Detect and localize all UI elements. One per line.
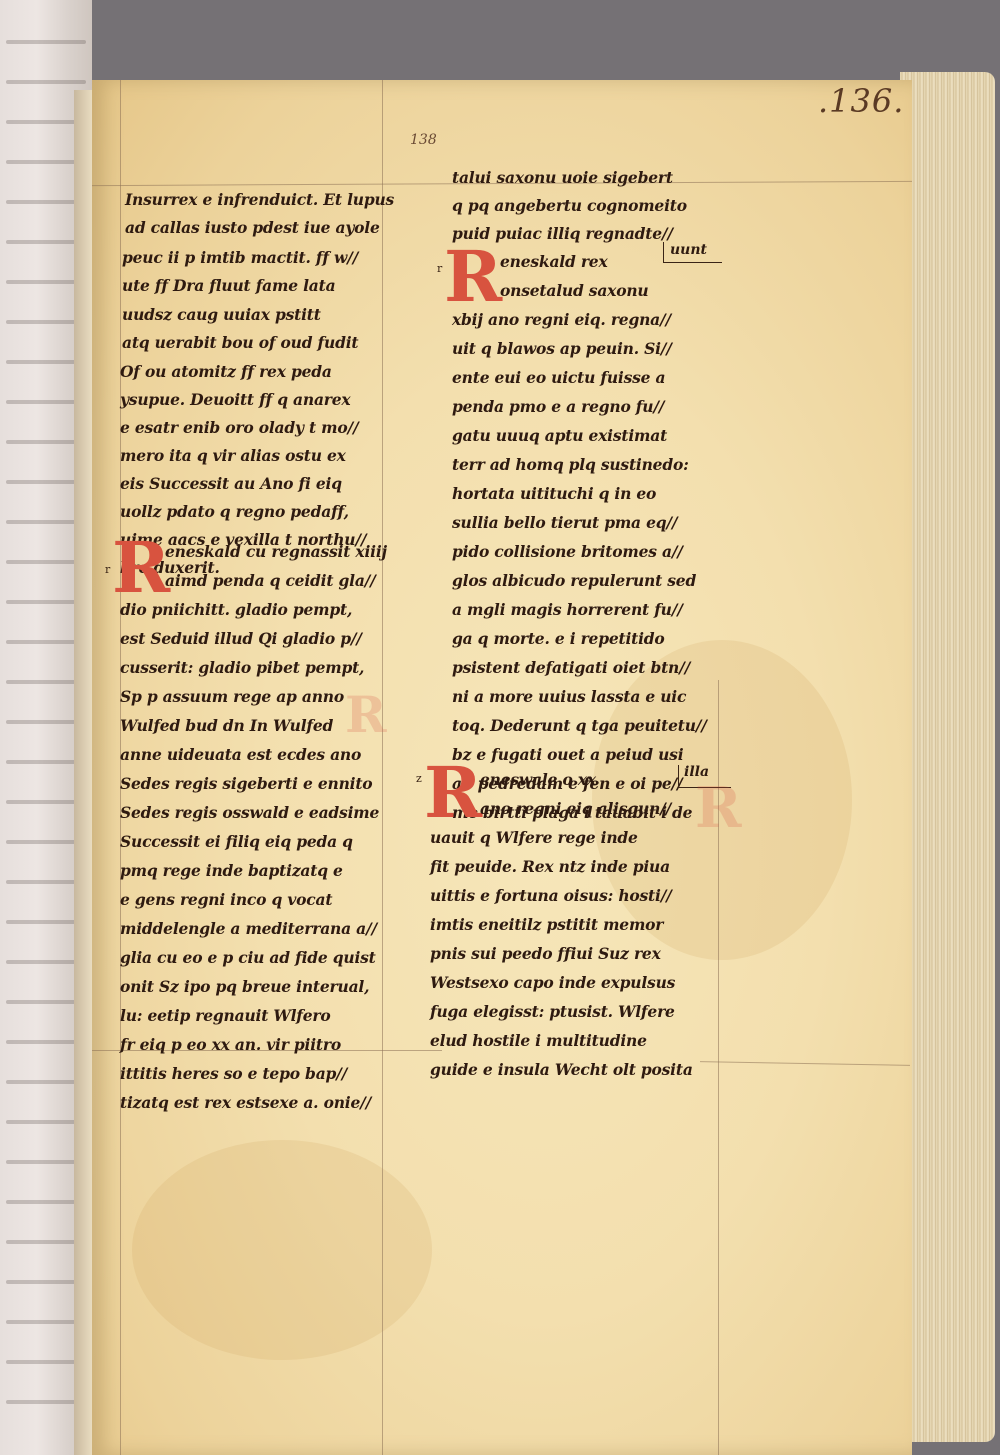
text-line: Successit ei filiq eiq peda q	[120, 832, 353, 851]
text-line: glia cu eo e p ciu ad fide quist	[120, 948, 376, 967]
text-line: sullia bello tierut pma eq//	[452, 513, 677, 532]
offset-initial-ghost: R	[345, 690, 387, 740]
text-line: ni a more uuius lassta e uic	[452, 687, 686, 706]
text-line: aimd penda q ceidit gla//	[165, 571, 376, 590]
text-line: ente eui eo uictu fuisse a	[452, 368, 665, 387]
text-line: uollz pdato q regno pedaff,	[120, 502, 349, 521]
folio-number: .136.	[818, 82, 904, 120]
bracket-note: uunt	[670, 242, 707, 258]
text-line: atq uerabit bou of oud fudit	[122, 333, 358, 352]
text-line: ad callas iusto pdest iue ayole	[125, 218, 380, 237]
text-line: Insurrex e infrenduict. Et lupus	[125, 190, 394, 209]
text-line: dio pniichitt. gladio pempt,	[120, 600, 352, 619]
text-line: cusserit: gladio pibet pempt,	[120, 658, 364, 677]
text-line: est Seduid illud Qi gladio p//	[120, 629, 362, 648]
offset-initial-ghost: R	[695, 780, 742, 836]
text-line: middelengle a mediterrana a//	[120, 919, 377, 938]
text-line: e esatr enib oro olady t mo//	[120, 418, 358, 437]
text-line: toq. Dederunt q tga peuitetu//	[452, 716, 707, 735]
gutter	[74, 90, 92, 1455]
text-line: talui saxonu uoie sigebert	[452, 168, 673, 187]
text-line: onsetalud saxonu	[500, 281, 648, 300]
text-line: psistent defatigati oiet btn//	[452, 658, 690, 677]
text-line: Sedes regis sigeberti e ennito	[120, 774, 372, 793]
text-line: glos albicudo repulerunt sed	[452, 571, 696, 590]
text-line: q pq angebertu cognomeito	[452, 196, 687, 215]
text-line: bz e fugati ouet a peiud usi	[452, 745, 683, 764]
rubricated-initial: R	[424, 758, 482, 828]
text-line: pmq rege inde baptizatq e	[120, 861, 343, 880]
ghost-text-line	[6, 40, 86, 44]
text-line: lu: eetip regnauit Wlfero	[120, 1006, 331, 1025]
text-line: elud hostile i multitudine	[430, 1031, 647, 1050]
text-line: fit peuide. Rex ntz inde piua	[430, 857, 670, 876]
text-line: Wulfed bud dn In Wulfed	[120, 716, 333, 735]
text-line: pnis sui peedo ffiui Suz rex	[430, 944, 661, 963]
text-line: terr ad homq plq sustinedo:	[452, 455, 689, 474]
text-line: fuga elegisst: ptusist. Wlfere	[430, 1002, 675, 1021]
text-line: Sedes regis osswald e eadsime	[120, 803, 379, 822]
text-line: eis Successit au Ano fi eiq	[120, 474, 342, 493]
text-line: Sp p assuum rege ap anno	[120, 687, 344, 706]
text-line: a mgli magis horrerent fu//	[452, 600, 683, 619]
initial-guide-letter: z	[416, 772, 422, 785]
text-line: fr eiq p eo xx an. vir piitro	[120, 1035, 341, 1054]
text-line: tizatq est rex estsexe a. onie//	[120, 1093, 371, 1112]
text-line: pido collisione britomes a//	[452, 542, 683, 561]
book-page-edges	[900, 72, 995, 1442]
text-line: eneskald cu regnassit xiiij	[165, 542, 387, 561]
text-line: e gens regni inco q vocat	[120, 890, 332, 909]
text-line: uit q blawos ap peuin. Si//	[452, 339, 672, 358]
text-line: eneswale o xx	[480, 770, 596, 789]
initial-guide-letter: r	[437, 262, 442, 275]
ruling-margin-left	[120, 80, 121, 1455]
rubricated-initial: R	[112, 533, 170, 603]
text-line: peuc ii p imtib mactit. ff w//	[122, 248, 358, 267]
text-line: uauit q Wlfere rege inde	[430, 828, 638, 847]
old-folio-number: 138	[410, 132, 437, 148]
ruling-column-divider	[382, 80, 383, 1455]
text-line: penda pmo e a regno fu//	[452, 397, 664, 416]
text-line: eneskald rex	[500, 252, 608, 271]
text-line: ysupue. Deuoitt ff q anarex	[120, 390, 350, 409]
text-line: Westsexo capo inde expulsus	[430, 973, 675, 992]
parchment-stain	[132, 1140, 432, 1360]
text-line: imtis eneitilz pstitit memor	[430, 915, 663, 934]
text-line: onit Sz ipo pq breue interual,	[120, 977, 369, 996]
text-line: ittitis heres so e tepo bap//	[120, 1064, 347, 1083]
text-line: xbij ano regni eiq. regna//	[452, 310, 671, 329]
text-line: hortata uitituchi q in eo	[452, 484, 656, 503]
text-line: Of ou atomitz ff rex peda	[120, 362, 332, 381]
text-line: ano regni eiq alisgun//	[480, 799, 671, 818]
text-line: ute ff Dra fluut fame lata	[122, 276, 335, 295]
initial-guide-letter: r	[105, 563, 110, 576]
rubricated-initial: R	[444, 242, 502, 312]
text-line: guide e insula Wecht olt posita	[430, 1060, 693, 1079]
text-line: anne uideuata est ecdes ano	[120, 745, 361, 764]
text-line: gatu uuuq aptu existimat	[452, 426, 667, 445]
text-line: uudsz caug uuiax pstitt	[122, 305, 321, 324]
text-line: ga q morte. e i repetitido	[452, 629, 665, 648]
text-line: uittis e fortuna oisus: hosti//	[430, 886, 672, 905]
text-line: mero ita q vir alias ostu ex	[120, 446, 346, 465]
ghost-text-line	[6, 80, 86, 84]
